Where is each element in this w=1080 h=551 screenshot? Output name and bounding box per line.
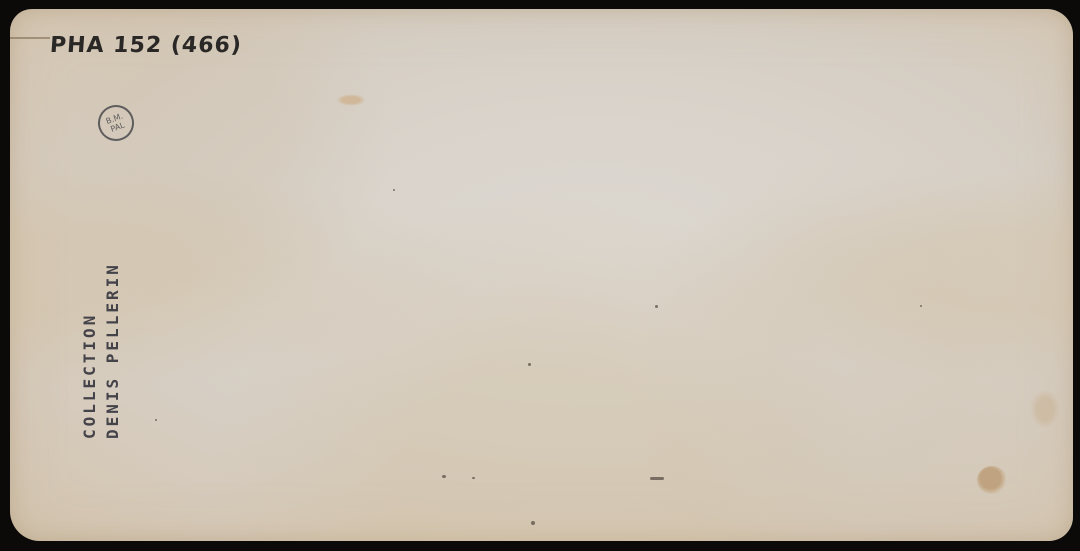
scan-background: PHA 152 (466) B.M. PAL COLLECTION DENIS … <box>0 0 1080 551</box>
collection-stamp-line-2: DENIS PELLERIN <box>101 262 124 439</box>
paper-fleck <box>155 419 157 421</box>
paper-fleck <box>650 477 664 480</box>
stereoview-card-back: PHA 152 (466) B.M. PAL COLLECTION DENIS … <box>10 9 1073 541</box>
paper-fleck <box>442 475 446 478</box>
foxing-stain <box>1030 389 1060 429</box>
paper-fleck <box>920 305 922 307</box>
round-library-stamp-icon: B.M. PAL <box>93 100 139 146</box>
collection-stamp: COLLECTION DENIS PELLERIN <box>78 262 124 439</box>
edge-scratch <box>10 37 50 39</box>
foxing-stain <box>977 466 1007 494</box>
paper-fleck <box>472 477 475 479</box>
paper-fleck <box>393 189 395 191</box>
foxing-stain <box>336 94 366 106</box>
collection-stamp-line-1: COLLECTION <box>78 262 101 439</box>
paper-fleck <box>528 363 531 366</box>
paper-fleck <box>531 521 535 525</box>
handwritten-inventory-number: PHA 152 (466) <box>49 33 243 58</box>
paper-fleck <box>655 305 658 308</box>
